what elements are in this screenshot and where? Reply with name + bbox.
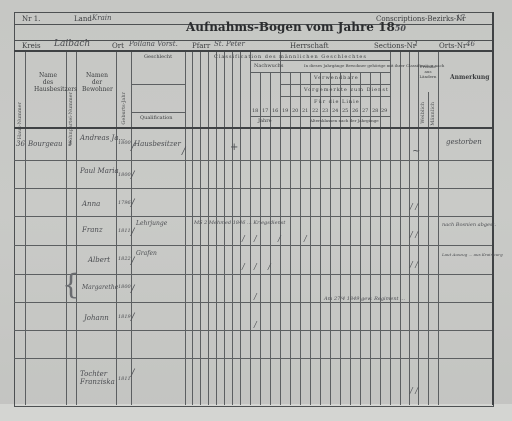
row-bewohner: Albert <box>88 256 110 264</box>
check-mark: / / <box>410 260 418 269</box>
col-line <box>390 52 391 405</box>
header-age-25: 25 <box>342 108 348 114</box>
row-qualif: Hausbesitzer <box>134 140 181 148</box>
header-jahr-18: 18 <box>252 108 258 114</box>
cross-mark: + <box>230 142 238 153</box>
col-line <box>300 72 301 405</box>
col-line <box>409 52 410 405</box>
orts-value: 46 <box>466 40 475 48</box>
row-bewohner: Tochter Franziska <box>80 370 118 386</box>
row-bewohner: Margarethe <box>82 284 118 291</box>
row-jahr: 1800 <box>118 140 131 146</box>
check-mark: / <box>131 198 134 209</box>
col-line <box>232 52 233 405</box>
row-note: MS 2 Mehmed 1846 ... Kriegsdienst <box>194 220 285 226</box>
row-bewohner: Johann <box>84 314 109 322</box>
header-age-24: 24 <box>332 108 338 114</box>
check-mark: / <box>131 312 134 323</box>
col-line <box>200 52 201 405</box>
tally-mark: / <box>304 234 307 243</box>
row-line <box>14 188 492 189</box>
header-sub <box>250 72 390 73</box>
header-weiblich: Weiblich <box>420 102 426 124</box>
check-mark: / <box>131 284 134 295</box>
col-line <box>116 52 117 405</box>
header-sub <box>280 96 390 97</box>
row-jahr: 1819 <box>118 314 131 320</box>
col-line <box>240 52 241 405</box>
row-jahr: 1822 <box>118 256 131 262</box>
row-line <box>14 216 492 217</box>
header-jahr-16: 16 <box>272 108 278 114</box>
ort-label: Ort <box>112 42 124 50</box>
sections-value: 1 <box>414 40 418 48</box>
header-verwendbar: Verwendbare <box>314 75 359 81</box>
row-line <box>14 330 492 331</box>
header-age-28: 28 <box>372 108 378 114</box>
header-geburtsjahr: Geburts-Jahr <box>121 92 127 125</box>
header-jahr-17: 17 <box>262 108 268 114</box>
header-sub <box>280 84 390 85</box>
header-geschlecht: Geschlecht <box>144 54 172 60</box>
col-line <box>280 52 281 405</box>
check-mark: ~ <box>412 146 420 157</box>
row-line <box>14 274 492 275</box>
header-haus-nr: Haus-Nummer <box>17 102 23 139</box>
header-age-22: 22 <box>312 108 318 114</box>
row-bewohner: Anna <box>82 200 100 208</box>
orts-label: Orts-Nr <box>439 42 466 50</box>
row-bewohner: Franz <box>82 226 103 234</box>
kreis-label: Kreis <box>22 42 41 50</box>
row-qualif: Grafen <box>136 250 157 257</box>
row-besitzer: Bourgeau <box>28 140 63 148</box>
pfarr-label: Pfarr <box>192 42 210 50</box>
check-mark: / <box>131 227 134 238</box>
header-name-besitzer: Name des Hausbesitzers <box>34 72 62 93</box>
check-mark: / / <box>410 202 418 211</box>
row-line <box>14 302 492 303</box>
header-altersklassen: Altersklassen nach der Jahrgänge <box>310 118 379 123</box>
check-mark: / <box>131 368 134 379</box>
header-fremde: Fremde aus Ländern <box>419 64 437 79</box>
col-line <box>216 52 217 405</box>
row-note: Am 27/4 1849 gew. Regiment ... <box>324 296 405 302</box>
kreis-value: Laibach <box>54 39 90 49</box>
tally-mark: / <box>278 234 281 243</box>
grouping-brace: { <box>62 268 80 301</box>
col-line <box>25 52 26 405</box>
tally-mark: / <box>242 234 245 243</box>
row-jahr: 1811 <box>118 376 131 382</box>
header-age-29: 29 <box>381 108 387 114</box>
table-header-bottom <box>14 127 492 129</box>
tally-mark: / <box>254 320 257 329</box>
row-jahr: 1800 <box>118 284 131 290</box>
col-line <box>208 52 209 405</box>
header-sub <box>250 60 390 61</box>
tally-mark: / <box>268 262 271 271</box>
conscription-value: 17 <box>456 14 465 22</box>
row-anmerkung: Laut Auszug ... aus Krainburg <box>442 252 503 257</box>
tally-mark: / <box>254 262 257 271</box>
row-qualif: Lehrjunge <box>136 220 167 227</box>
check-mark: / / <box>410 386 418 395</box>
col-line <box>290 72 291 405</box>
ort-value: Pollana Vorst. <box>129 40 178 48</box>
row-jahr: 1800 <box>118 172 131 178</box>
row-line <box>14 245 492 246</box>
col-line <box>418 52 419 405</box>
header-fuer-linie: Für die Linie <box>314 99 360 105</box>
pfarr-value: St. Peter <box>214 40 245 48</box>
col-line <box>380 72 381 405</box>
tally-mark: / <box>254 234 257 243</box>
col-line <box>250 52 251 405</box>
land-label: Land <box>74 15 92 23</box>
col-line <box>438 52 439 405</box>
check-mark: / <box>131 170 134 181</box>
check-mark: / <box>182 146 185 157</box>
form-title: Aufnahms-Bogen vom Jahre 1850 <box>186 20 406 34</box>
check-mark: / / <box>410 230 418 239</box>
col-line <box>76 52 77 405</box>
tally-mark: / <box>254 292 257 301</box>
row-jahr: 1811 <box>118 228 131 234</box>
header-sub <box>250 116 390 117</box>
land-value: Krain <box>92 14 112 22</box>
header-nachwuchs: Nachwuchs <box>254 63 283 69</box>
col-line <box>192 52 193 405</box>
row-line <box>14 358 492 359</box>
header-age-23: 23 <box>322 108 328 114</box>
row-line <box>14 160 492 161</box>
form-number: Nr 1. <box>22 15 40 23</box>
row-haus-nr: 36 <box>16 140 25 148</box>
conscription-label: Conscriptions-Bezirks-Nr <box>376 15 466 23</box>
col-line <box>224 52 225 405</box>
header-anmerkung: Anmerkung <box>450 74 489 81</box>
header-age-19: 19 <box>282 108 288 114</box>
row-partei: 1 <box>68 140 72 148</box>
right-border <box>492 12 494 405</box>
header-age-26: 26 <box>352 108 358 114</box>
row-anmerkung: nach Bosnien abgest. <box>442 222 496 228</box>
header-age-21: 21 <box>302 108 308 114</box>
col-line <box>185 52 186 405</box>
header-maennlich: Männlich <box>430 102 436 126</box>
census-form: Nr 1. Land Krain Aufnahms-Bogen vom Jahr… <box>14 12 508 421</box>
header-sub <box>131 84 185 85</box>
header-sub <box>131 112 185 113</box>
header-wohnpartei: Wohnpartei-Nummer <box>68 92 74 146</box>
sections-label: Sections-Nr <box>374 42 416 50</box>
header-jahre: Jahre <box>258 118 272 124</box>
col-line <box>400 52 401 405</box>
header-vorgemerkte: Vorgemerkte zum Dienst <box>304 87 389 93</box>
header-qualification: Qualification <box>140 115 172 121</box>
header-name-bewohner: Namen der Bewohner <box>82 72 112 93</box>
row-bewohner: Paul Maria <box>80 167 119 175</box>
check-mark: / <box>131 256 134 267</box>
header-age-27: 27 <box>362 108 368 114</box>
col-line <box>66 52 67 405</box>
row-anmerkung: gestorben <box>446 138 482 146</box>
check-mark: / <box>131 142 134 153</box>
herrschaft-label: Herrschaft <box>290 42 329 50</box>
tally-mark: / <box>242 262 245 271</box>
row-jahr: 1796 <box>118 200 131 206</box>
header-classification: Classification des männlichen Geschlecht… <box>214 54 367 60</box>
header-age-20: 20 <box>292 108 298 114</box>
header-bottom <box>14 50 492 52</box>
